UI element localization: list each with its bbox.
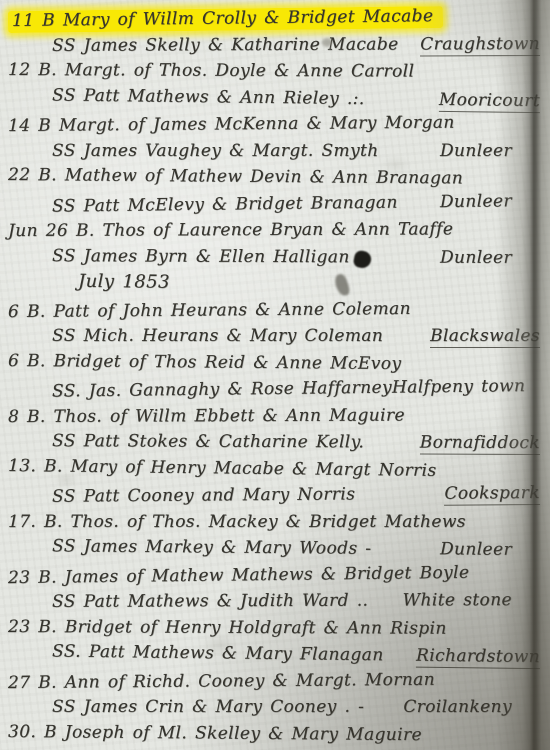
record-text: SS Mich. Heurans & Mary Coleman [52, 326, 383, 346]
record-line: Jun 26 B. Thos of Laurence Bryan & Ann T… [6, 219, 542, 248]
record-line: SS James Vaughey & Margt. SmythDunleer [6, 141, 542, 168]
record-text: SS. Patt Mathews & Mary Flanagan [52, 641, 384, 665]
record-line: 14 B Margt. of James McKenna & Mary Morg… [6, 112, 542, 143]
record-line: 12 B. Margt. of Thos. Doyle & Anne Carro… [6, 60, 542, 89]
record-text: SS James Markey & Mary Woods - [52, 536, 372, 558]
record-text: SS Patt McElevy & Bridget Branagan [52, 192, 398, 216]
paper-stain [322, 38, 332, 47]
record-text: 23 B. Bridget of Henry Holdgraft & Ann R… [8, 616, 447, 638]
record-line: SS Patt Cooney and Mary NorrisCookspark [6, 483, 542, 514]
record-text: 8 B. Thos. of Willm Ebbett & Ann Maguire [8, 405, 405, 427]
record-text: Jun 26 B. Thos of Laurence Bryan & Ann T… [8, 219, 453, 241]
record-line: 27 B. Ann of Richd. Cooney & Margt. Morn… [6, 668, 542, 699]
record-line: SS James Skelly & Katharine MacabeCraugh… [6, 33, 542, 62]
record-text: SS James Vaughey & Margt. Smyth [52, 141, 379, 161]
record-text: SS Patt Cooney and Mary Norris [52, 484, 355, 506]
record-line: SS James Byrn & Ellen HalliganDunleer [6, 245, 542, 274]
record-text: 17. B. Thos. of Thos. Mackey & Bridget M… [8, 512, 466, 532]
record-text: SS James Skelly & Katharine Macabe [52, 34, 399, 55]
record-line: SS Patt Stokes & Catharine Kelly.Bornafi… [6, 431, 542, 460]
record-line: SS Patt McElevy & Bridget BranaganDunlee… [6, 190, 542, 223]
record-text: SS James Byrn & Ellen Halligan [52, 246, 350, 267]
highlighted-record-text: 11 B Mary of Willm Crolly & Bridget Maca… [8, 6, 444, 33]
record-line: 30. B Joseph of Ml. Skelley & Mary Magui… [6, 721, 542, 750]
record-text: 6 B. Patt of John Heurans & Anne Coleman [8, 298, 411, 321]
record-text: 6 B. Bridget of Thos Reid & Anne McEvoy [8, 350, 402, 373]
record-line: SS James Crin & Mary Cooney . -Croilanke… [6, 697, 542, 724]
record-text: SS Patt Stokes & Catharine Kelly. [52, 431, 364, 452]
record-line: 8 B. Thos. of Willm Ebbett & Ann Maguire [6, 404, 542, 433]
record-line: 11 B Mary of Willm Crolly & Bridget Maca… [6, 5, 542, 38]
record-line: 23 B. Bridget of Henry Holdgraft & Ann R… [6, 616, 542, 645]
record-text: SS James Crin & Mary Cooney . - [52, 697, 364, 717]
record-line: 17. B. Thos. of Thos. Mackey & Bridget M… [6, 512, 542, 539]
record-line: 23 B. James of Mathew Mathews & Bridget … [6, 561, 542, 594]
record-text: 27 B. Ann of Richd. Cooney & Margt. Morn… [8, 669, 435, 692]
record-line: SS. Jas. Gannaghy & Rose HaffarneyHalfpe… [6, 376, 542, 409]
record-text: 12 B. Margt. of Thos. Doyle & Anne Carro… [8, 60, 414, 82]
register-lines: 11 B Mary of Willm Crolly & Bridget Maca… [0, 0, 550, 750]
record-line: SS Mich. Heurans & Mary ColemanBlackswal… [6, 326, 542, 353]
record-text: SS. Jas. Gannaghy & Rose Haffarney [52, 378, 392, 402]
record-text: 22 B. Mathew of Mathew Devin & Ann Brana… [8, 165, 463, 188]
record-text: 13. B. Mary of Henry Macabe & Margt Norr… [8, 455, 437, 480]
record-text: 30. B Joseph of Ml. Skelley & Mary Magui… [8, 721, 422, 744]
record-text: 14 B Margt. of James McKenna & Mary Morg… [8, 113, 455, 136]
record-line: SS Patt Mathews & Judith Ward ..White st… [6, 590, 542, 619]
register-page: 11 B Mary of Willm Crolly & Bridget Maca… [0, 0, 550, 750]
record-text: SS Patt Mathews & Ann Rieley .:. [52, 85, 365, 109]
record-text: July 1853 [78, 271, 170, 293]
record-line: 6 B. Patt of John Heurans & Anne Coleman [6, 297, 542, 328]
book-spine-edge [496, 0, 550, 750]
record-text: SS Patt Mathews & Judith Ward .. [52, 591, 368, 612]
record-text: 23 B. James of Mathew Mathews & Bridget … [8, 562, 470, 587]
